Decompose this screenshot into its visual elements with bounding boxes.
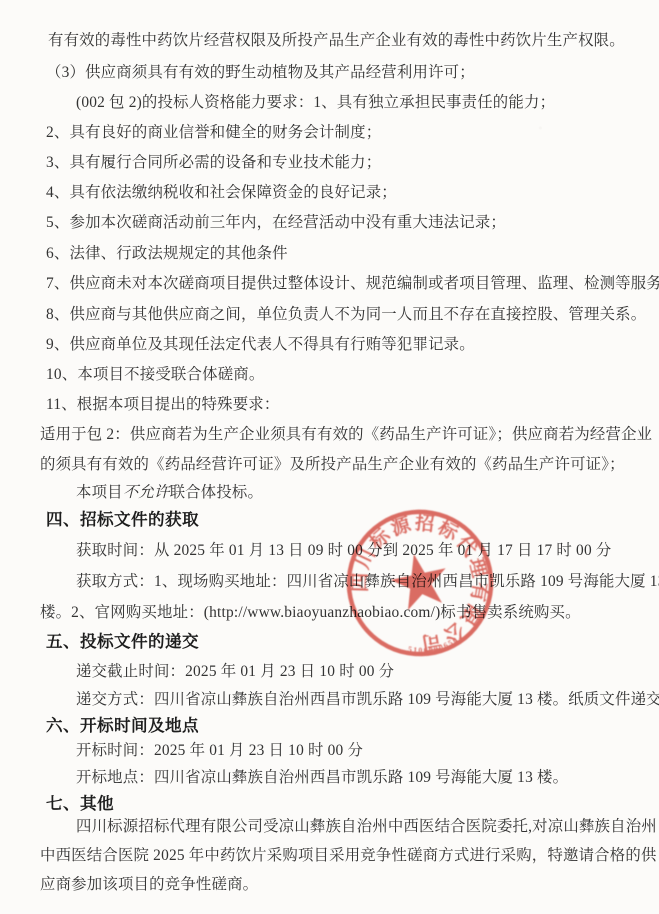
no-joint-suffix: 联合体投标。 xyxy=(170,484,264,501)
no-joint-emphasis: 不允许 xyxy=(123,484,170,501)
doc-line-opening-time: 开标时间：2025 年 01 月 23 日 10 时 00 分 xyxy=(76,740,363,761)
section-heading-other: 七、其他 xyxy=(46,790,114,814)
document-page: 有有效的毒性中药饮片经营权限及所投产品生产企业有效的毒性中药饮片生产权限。 （3… xyxy=(0,0,659,914)
doc-line-other-1: 四川标源招标代理有限公司受凉山彝族自治州中西医结合医院委托,对凉山彝族自治州 xyxy=(76,816,657,837)
doc-line-submit-deadline: 递交截止时间：2025 年 01 月 23 日 10 时 00 分 xyxy=(76,661,394,682)
section-heading-submit-documents: 五、投标文件的递交 xyxy=(46,628,199,652)
doc-line-intro-0: 有有效的毒性中药饮片经营权限及所投产品生产企业有效的毒性中药饮片生产权限。 xyxy=(48,30,625,51)
doc-line-condition-2: 2、具有良好的商业信誉和健全的财务会计制度； xyxy=(46,122,381,143)
doc-line-condition-3: 3、具有履行合同所必需的设备和专业技术能力； xyxy=(46,152,381,173)
section-heading-opening-time-place: 六、开标时间及地点 xyxy=(46,712,199,736)
doc-line-submit-method: 递交方式：四川省凉山彝族自治州西昌市凯乐路 109 号海能大厦 13 楼。纸质文… xyxy=(76,689,659,710)
seal-star-icon xyxy=(386,548,452,612)
doc-line-intro-1: （3）供应商须具有有效的野生动植物及其产品经营利用许可； xyxy=(46,62,475,83)
doc-line-opening-place: 开标地点：四川省凉山彝族自治州西昌市凯乐路 109 号海能大厦 13 楼。 xyxy=(76,767,568,788)
doc-line-no-joint-bid: 本项目不允许联合体投标。 xyxy=(76,482,263,503)
doc-line-other-2: 中西医结合医院 2025 年中药饮片采购项目采用竞争性磋商方式进行采购，特邀请合… xyxy=(40,845,657,866)
doc-line-condition-6: 6、法律、行政法规规定的其他条件 xyxy=(46,243,288,264)
doc-line-condition-10: 10、本项目不接受联合体磋商。 xyxy=(46,364,264,385)
doc-line-intro-2: (002 包 2)的投标人资格能力要求：1、具有独立承担民事责任的能力； xyxy=(76,92,555,113)
company-seal-stamp: 四川标源招标代理有限公司 5106000650 xyxy=(326,489,513,676)
doc-line-condition-5: 5、参加本次磋商活动前三年内，在经营活动中没有重大违法记录； xyxy=(46,212,506,233)
no-joint-prefix: 本项目 xyxy=(76,484,123,501)
section-heading-obtain-documents: 四、招标文件的获取 xyxy=(46,506,199,530)
doc-line-condition-11: 11、根据本项目提出的特殊要求： xyxy=(46,394,280,415)
doc-line-special-0: 适用于包 2：供应商若为生产企业须具有有效的《药品生产许可证》；供应商若为经营企… xyxy=(40,424,652,445)
doc-line-condition-8: 8、供应商与其他供应商之间，单位负责人不为同一人而且不存在直接控股、管理关系。 xyxy=(46,304,646,325)
doc-line-other-3: 应商参加该项目的竞争性磋商。 xyxy=(40,874,258,895)
doc-line-condition-7: 7、供应商未对本次磋商项目提供过整体设计、规范编制或者项目管理、监理、检测等服务… xyxy=(46,273,659,294)
doc-line-special-1: 的须具有有效的《药品经营许可证》及所投产品生产企业有效的《药品生产许可证》； xyxy=(40,454,625,475)
doc-line-condition-4: 4、具有依法缴纳税收和社会保障资金的良好记录； xyxy=(46,182,397,203)
doc-line-condition-9: 9、供应商单位及其现任法定代表人不得具有行贿等犯罪记录。 xyxy=(46,334,475,355)
